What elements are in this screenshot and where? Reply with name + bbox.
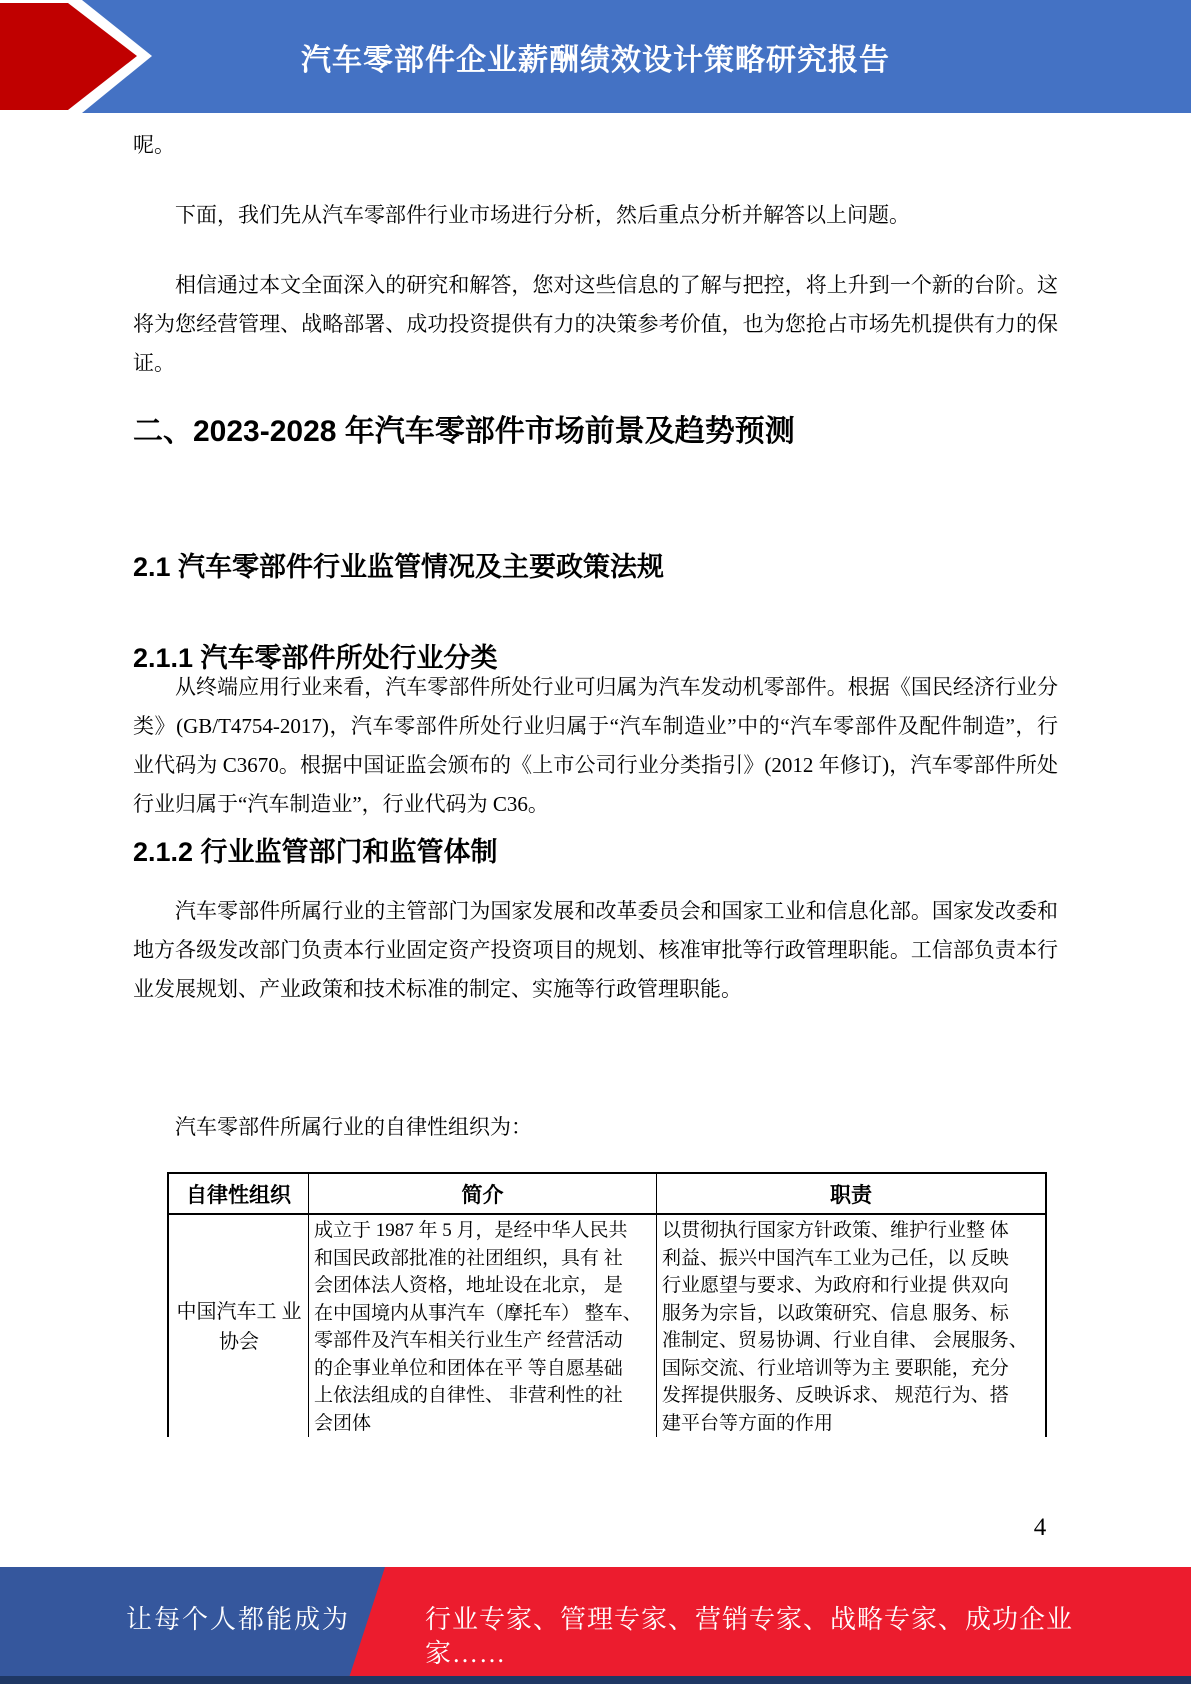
org-table-header-duty: 职责: [657, 1174, 1045, 1215]
footer-navy-strip: [0, 1676, 1191, 1684]
paragraph-org-lead: 汽车零部件所属行业的自律性组织为：: [133, 1108, 1058, 1147]
footer-banner: 让每个人都能成为 行业专家、管理专家、营销专家、战略专家、成功企业家……: [0, 1567, 1191, 1684]
org-table-header-row: 自律性组织 简介 职责: [169, 1174, 1045, 1215]
org-duty-cell: 以贯彻执行国家方针政策、维护行业整 体 利益、振兴中国汽车工业为己任，以 反映 …: [657, 1215, 1045, 1437]
paragraph-industry-classification: 从终端应用行业来看，汽车零部件所处行业可归属为汽车发动机零部件。根据《国民经济行…: [133, 668, 1058, 824]
org-table-header-intro: 简介: [309, 1174, 657, 1215]
org-name-cell: 中国汽车工 业 协会: [169, 1215, 309, 1437]
report-title: 汽车零部件企业薪酬绩效设计策略研究报告: [0, 0, 1191, 113]
org-intro-cell: 成立于 1987 年 5 月，是经中华人民共 和国民政部批准的社团组织，具有 社…: [309, 1215, 657, 1437]
footer-slogan-left: 让每个人都能成为: [0, 1603, 350, 1637]
paragraph-regulators: 汽车零部件所属行业的主管部门为国家发展和改革委员会和国家工业和信息化部。国家发改…: [133, 892, 1058, 1009]
org-table-header-organization: 自律性组织: [169, 1174, 309, 1215]
page-number: 4: [1000, 1514, 1080, 1542]
section-heading-2: 二、2023-2028 年汽车零部件市场前景及趋势预测: [133, 414, 1058, 450]
paragraph-tail: 呢。: [133, 126, 1058, 165]
report-page: 汽车零部件企业薪酬绩效设计策略研究报告 呢。 下面，我们先从汽车零部件行业市场进…: [0, 0, 1191, 1684]
org-table-row: 中国汽车工 业 协会 成立于 1987 年 5 月，是经中华人民共 和国民政部批…: [169, 1215, 1045, 1437]
paragraph-intro-2: 相信通过本文全面深入的研究和解答，您对这些信息的了解与把控，将上升到一个新的台阶…: [133, 266, 1058, 383]
header-banner: 汽车零部件企业薪酬绩效设计策略研究报告: [0, 0, 1191, 113]
section-heading-2-1-2: 2.1.2 行业监管部门和监管体制: [133, 836, 1058, 869]
org-table: 自律性组织 简介 职责 中国汽车工 业 协会 成立于 1987 年 5 月，是经…: [167, 1172, 1047, 1437]
footer-slogan-right: 行业专家、管理专家、营销专家、战略专家、成功企业家……: [425, 1603, 1145, 1671]
section-heading-2-1: 2.1 汽车零部件行业监管情况及主要政策法规: [133, 551, 1058, 584]
paragraph-intro-1: 下面，我们先从汽车零部件行业市场进行分析，然后重点分析并解答以上问题。: [133, 196, 1058, 235]
